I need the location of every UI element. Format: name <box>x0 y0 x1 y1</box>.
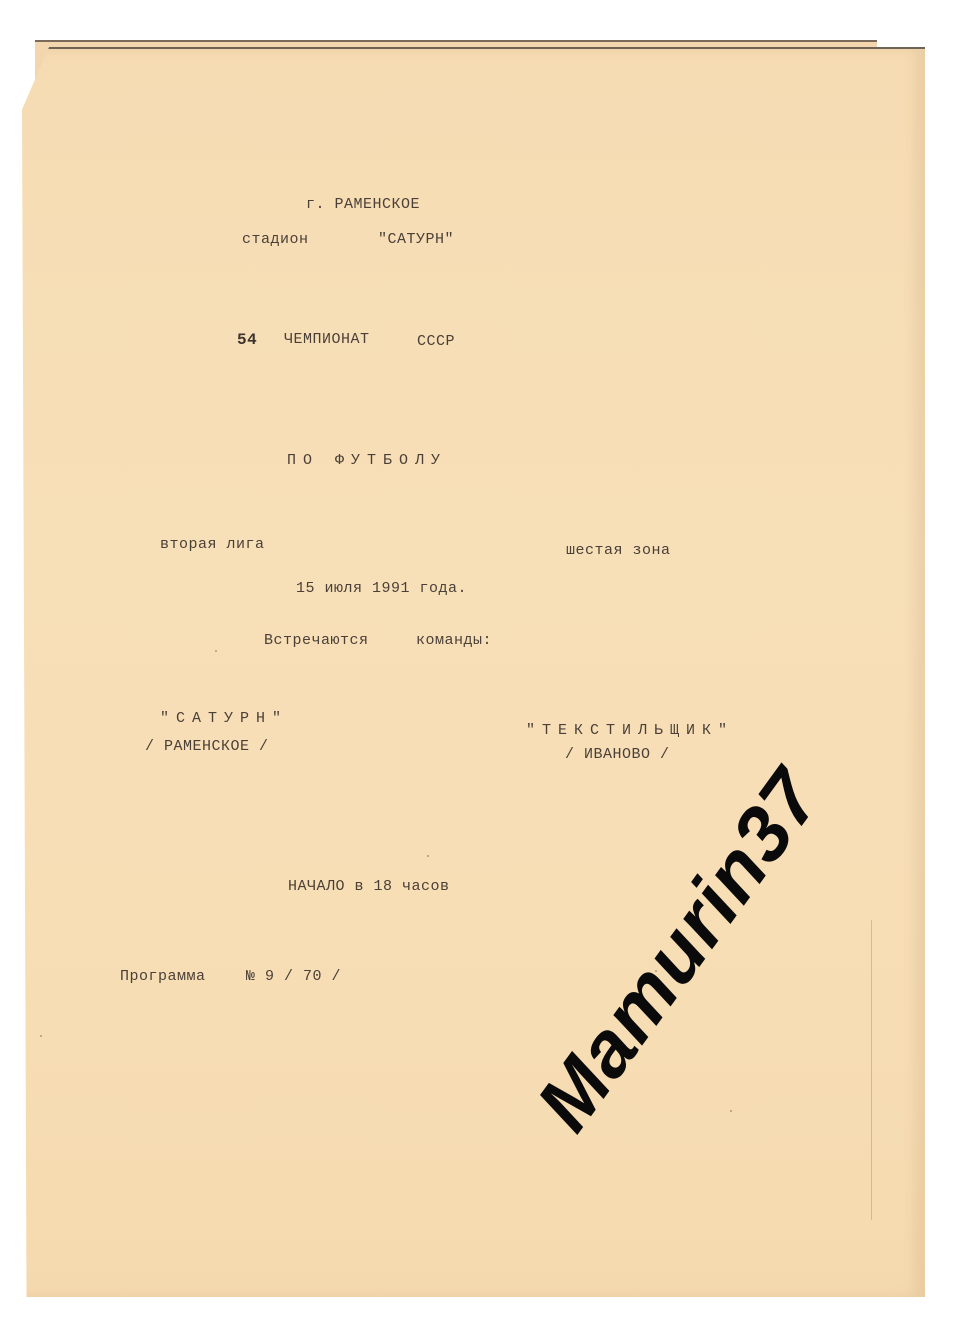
stadium-name: "САТУРН" <box>378 231 454 248</box>
program-sheet <box>22 47 925 1297</box>
kickoff-time: НАЧАЛО в 18 часов <box>288 878 450 895</box>
championship-number: 54 <box>237 331 257 349</box>
speck <box>215 650 217 652</box>
zone-label: шестая зона <box>566 542 671 559</box>
program-number: № 9 / 70 / <box>246 968 341 985</box>
speck <box>730 1110 732 1112</box>
championship-title: ЧЕМПИОНАТ <box>284 331 370 348</box>
speck <box>40 1035 42 1037</box>
speck <box>427 855 429 857</box>
away-team-name: "ТЕКСТИЛЬЩИК" <box>526 722 734 739</box>
teams-intro-2: команды: <box>416 632 492 649</box>
home-team-city: / РАМЕНСКОЕ / <box>145 738 269 755</box>
match-date: 15 июля 1991 года. <box>296 580 467 597</box>
away-team-city: / ИВАНОВО / <box>565 746 670 763</box>
city-heading: г. РАМЕНСКОЕ <box>306 196 420 213</box>
championship-country: СССР <box>417 333 455 350</box>
fold-line <box>871 920 872 1220</box>
stadium-label: стадион <box>242 231 309 248</box>
league-label: вторая лига <box>160 536 265 553</box>
sport-heading: ПО ФУТБОЛУ <box>287 452 447 469</box>
home-team-name: "САТУРН" <box>160 710 288 727</box>
program-label: Программа <box>120 968 206 985</box>
teams-intro: Встречаются <box>264 632 369 649</box>
